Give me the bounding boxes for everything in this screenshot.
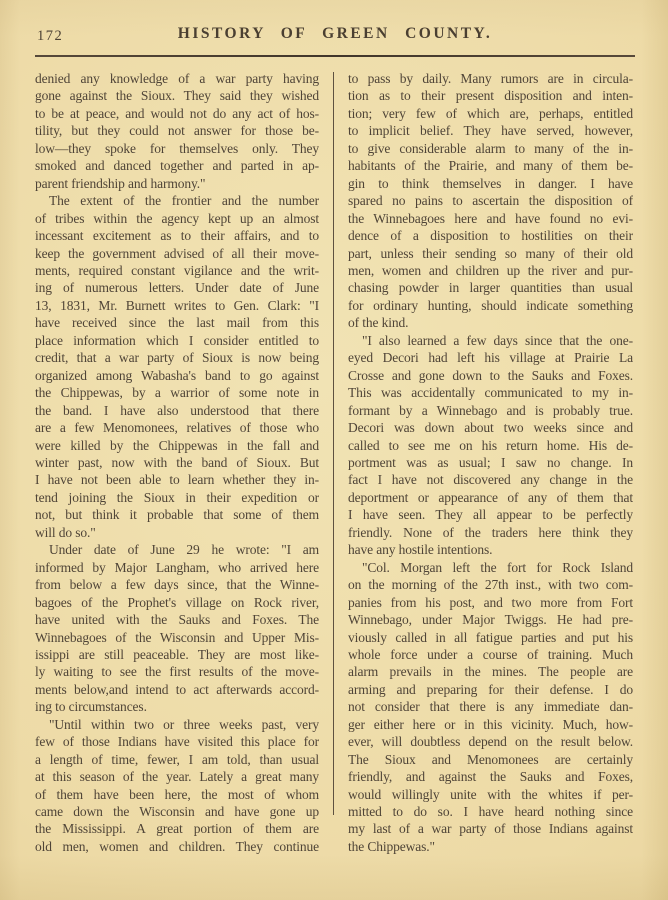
text-line: informed by Major Langham, who arrived h… [35, 559, 319, 576]
text-line: low—they spoke for themselves only. They [35, 140, 319, 157]
text-line: The extent of the frontier and the numbe… [35, 192, 319, 209]
text-line: chasing powder in larger quantities than… [348, 279, 633, 296]
text-line: ing of numerous letters. Under date of J… [35, 279, 319, 296]
text-line: tion; very few of which are, perhaps, en… [348, 105, 633, 122]
text-line: I have not been able to learn whether th… [35, 471, 319, 488]
text-line: from below a few days since, that the Wi… [35, 576, 319, 593]
text-line: gone against the Sioux. They said they w… [35, 87, 319, 104]
text-line: ments, required constant vigilance and t… [35, 262, 319, 279]
text-line: Decori was down about two weeks since an… [348, 419, 633, 436]
text-line: keep the government advised of all their… [35, 245, 319, 262]
text-line: part, unless their sending so many of th… [348, 245, 633, 262]
page-title: HISTORY OF GREEN COUNTY. [35, 25, 635, 43]
text-line: habitants of the Prairie, and many of th… [348, 157, 633, 174]
text-line: tility, but they could not answer for th… [35, 122, 319, 139]
text-line: "Until within two or three weeks past, v… [35, 716, 319, 733]
text-line: not, but think it probable that some of … [35, 506, 319, 523]
text-line: "Col. Morgan left the fort for Rock Isla… [348, 559, 633, 576]
text-line: have any hostile intentions. [348, 541, 633, 558]
text-line: The Sioux and Menomonees are certainly [348, 751, 633, 768]
text-line: to be at peace, and would not do any act… [35, 105, 319, 122]
text-line: for ordinary hunting, should indicate so… [348, 297, 633, 314]
text-line: would willingly unite with the whites if… [348, 786, 633, 803]
text-line: 13, 1831, Mr. Burnett writes to Gen. Cla… [35, 297, 319, 314]
text-line: of them have been here, the most of whom [35, 786, 319, 803]
page-number: 172 [37, 28, 63, 45]
text-line: winter past, now with the band of Sioux.… [35, 454, 319, 471]
text-line: tion as to their present disposition and… [348, 87, 633, 104]
text-line: whole force under a course of training. … [348, 646, 633, 663]
text-line: friendly, and against the Sauks and Foxe… [348, 768, 633, 785]
text-line: place information which I consider entit… [35, 332, 319, 349]
text-line: will do so." [35, 524, 319, 541]
text-line: I have seen. They all appear to be perfe… [348, 506, 633, 523]
text-line: denied any knowledge of a war party havi… [35, 70, 319, 87]
paragraph: to pass by daily. Many rumors are in cir… [348, 70, 633, 332]
text-line: ger either here or in this vicinity. Muc… [348, 716, 633, 733]
text-line: organized among Wabasha's band to go aga… [35, 367, 319, 384]
text-line: spared no pains to ascertain the disposi… [348, 192, 633, 209]
text-line: ever, will doubtless depend on the resul… [348, 733, 633, 750]
text-line: incessant excitement as to their affairs… [35, 227, 319, 244]
page-header: 172 HISTORY OF GREEN COUNTY. [35, 25, 635, 47]
text-line: issippi are still peaceable. They are mo… [35, 646, 319, 663]
column-divider [333, 72, 334, 815]
paragraph: "Col. Morgan left the fort for Rock Isla… [348, 559, 633, 856]
text-line: arming and preparing for their defense. … [348, 681, 633, 698]
text-line: have received since the last mail from t… [35, 314, 319, 331]
text-line: formant by a Winnebago and is probably t… [348, 402, 633, 419]
paragraph: denied any knowledge of a war party havi… [35, 70, 319, 192]
text-line: bagoes of the Prophet's village on Rock … [35, 594, 319, 611]
text-line: of the kind. [348, 314, 633, 331]
text-line: panies from his post, and two more from … [348, 594, 633, 611]
text-line: "I also learned a few days since that th… [348, 332, 633, 349]
text-line: parent friendship and harmony." [35, 175, 319, 192]
text-line: dence of a disposition to hostilities on… [348, 227, 633, 244]
text-line: the Mississippi. A great portion of them… [35, 820, 319, 837]
book-page: 172 HISTORY OF GREEN COUNTY. denied any … [0, 0, 668, 900]
text-line: alarm prevails in the mines. The people … [348, 663, 633, 680]
text-line: were killed by the Chippewas in the fall… [35, 437, 319, 454]
text-line: credit, that a war party of Sioux is now… [35, 349, 319, 366]
text-line: not consider that there is any immediate… [348, 698, 633, 715]
header-rule [35, 55, 635, 57]
text-line: deportment or appearance of any of them … [348, 489, 633, 506]
text-line: friendly. None of the traders here think… [348, 524, 633, 541]
text-line: fact I have not discovered any change in… [348, 471, 633, 488]
paragraph: "Until within two or three weeks past, v… [35, 716, 319, 856]
text-line: portment was as usual; I saw no change. … [348, 454, 633, 471]
text-line: came down the Wisconsin and have gone up [35, 803, 319, 820]
text-line: viously called in all fatigue parties an… [348, 629, 633, 646]
text-line: the band. I have also understood that th… [35, 402, 319, 419]
text-line: have united with the Sauks and Foxes. Th… [35, 611, 319, 628]
text-line: smoked and danced together and parted in… [35, 157, 319, 174]
text-line: few of those Indians have visited this p… [35, 733, 319, 750]
text-line: Winnebago, under Major Twiggs. He had pr… [348, 611, 633, 628]
text-line: to pass by daily. Many rumors are in cir… [348, 70, 633, 87]
text-block: denied any knowledge of a war party havi… [35, 70, 635, 855]
text-line: old men, women and children. They contin… [35, 838, 319, 855]
text-line: a length of time, fewer, I am told, than… [35, 751, 319, 768]
text-line: the Winnebagoes here and have found no e… [348, 210, 633, 227]
text-line: at this season of the year. Lately a gre… [35, 768, 319, 785]
text-line: called to see me on his return home. His… [348, 437, 633, 454]
text-line: to implicit belief. They have served, ho… [348, 122, 633, 139]
paragraph: "I also learned a few days since that th… [348, 332, 633, 559]
text-line: eyed Decori had left his village at Prai… [348, 349, 633, 366]
text-line: are a few Menomonees, relatives of those… [35, 419, 319, 436]
text-line: my last of a war party of those Indians … [348, 820, 633, 837]
text-line: This was accidentally communicated to my… [348, 384, 633, 401]
text-line: tend joining the Sioux in their expediti… [35, 489, 319, 506]
text-line: Crosse and gone down to the Sauks and Fo… [348, 367, 633, 384]
text-line: on the morning of the 27th inst., with t… [348, 576, 633, 593]
text-line: men, women and children up the river and… [348, 262, 633, 279]
text-line: to give considerable alarm to many of th… [348, 140, 633, 157]
text-line: gin to think themselves in danger. I hav… [348, 175, 633, 192]
text-line: ments below,and intend to act afterwards… [35, 681, 319, 698]
paragraph: The extent of the frontier and the numbe… [35, 192, 319, 541]
text-line: ly waiting to see the first results of t… [35, 663, 319, 680]
paragraph: Under date of June 29 he wrote: "I aminf… [35, 541, 319, 716]
right-column: to pass by daily. Many rumors are in cir… [348, 70, 633, 855]
text-line: of tribes within the agency kept up an a… [35, 210, 319, 227]
text-line: the Chippewas, by a warrior of some note… [35, 384, 319, 401]
text-line: ing to circumstances. [35, 698, 319, 715]
left-column: denied any knowledge of a war party havi… [35, 70, 319, 855]
text-line: the Chippewas." [348, 838, 633, 855]
text-line: mitted to do so. I have heard nothing si… [348, 803, 633, 820]
text-line: Winnebagoes of the Wisconsin and Upper M… [35, 629, 319, 646]
text-line: Under date of June 29 he wrote: "I am [35, 541, 319, 558]
